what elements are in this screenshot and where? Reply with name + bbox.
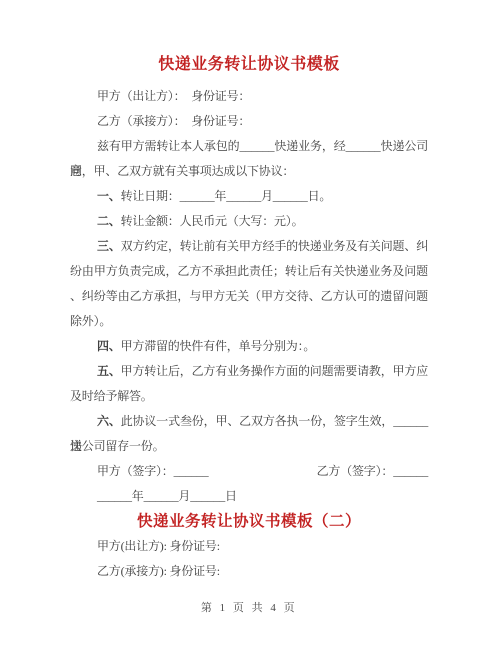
signature-date-line: ______年______月______日 [70,484,428,509]
signature-row: 甲方（签字）：______ 乙方（签字）：______ [70,459,428,484]
doc-line-text: 除外）。 [70,314,111,328]
page-number: 第 1 页 共 4 页 [70,600,428,616]
doc-line: 除外）。 [70,309,428,334]
clause-number: 三、 [97,239,121,253]
doc-line: 乙方（承接方）： 身份证号： [70,109,428,134]
doc-line: 二、转让金额：人民币元（大写：元）。 [70,209,428,234]
doc-line: 一、转让日期：______年______月______日。 [70,184,428,209]
doc-line: 乙方(承接方): 身份证号: [70,559,428,584]
doc-line-text: ______年______月______日 [97,489,237,503]
doc-line: 六、此协议一式叁份，甲、乙双方各执一份，签字生效，______快 [70,409,428,434]
doc-line: 递公司留存一份。 [70,434,428,459]
doc-line-text: 意，甲、乙双方就有关事项达成以下协议： [70,164,294,178]
doc-line-text: 递公司留存一份。 [70,439,164,453]
doc-line-text: 甲方转让后，乙方有业务操作方面的问题需要请教，甲方应 [121,364,428,378]
doc-title-1: 快递业务转让协议书模板 [70,52,428,78]
document-page: 快递业务转让协议书模板 甲方（出让方）： 身份证号： 乙方（承接方）： 身份证号… [0,0,500,647]
doc-line-text: 转让日期：______年______月______日。 [121,189,332,203]
doc-line: 甲方（出让方）： 身份证号： [70,84,428,109]
doc-line-text: 甲方（出让方）： 身份证号： [97,89,250,103]
doc-line: 五、甲方转让后，乙方有业务操作方面的问题需要请教，甲方应 [70,359,428,384]
doc-title-2: 快递业务转让协议书模板（二） [70,509,428,534]
doc-line: 及时给予解答。 [70,384,428,409]
doc-line-text: 甲方滞留的快件有件，单号分别为：。 [121,339,316,353]
clause-number: 四、 [97,339,121,353]
clause-number: 六、 [97,414,121,428]
party-a-signature-label: 甲方（签字）：______ [97,459,208,484]
doc-line-text: 及时给予解答。 [70,389,153,403]
doc-line-text: 转让金额：人民币元（大写：元）。 [121,214,304,228]
clause-number: 二、 [97,214,121,228]
clause-number: 一、 [97,189,121,203]
doc-line-text: 、纠纷等由乙方承担，与甲方无关（甲方交待、乙方认可的遗留问题 [70,289,428,303]
doc-line: 四、甲方滞留的快件有件，单号分别为：。 [70,334,428,359]
doc-line: 、纠纷等由乙方承担，与甲方无关（甲方交待、乙方认可的遗留问题 [70,284,428,309]
doc-line-text: 双方约定，转让前有关甲方经手的快递业务及有关问题、纠 [121,239,428,253]
doc-line-text: 乙方(承接方): 身份证号: [97,564,220,578]
doc-line: 三、双方约定，转让前有关甲方经手的快递业务及有关问题、纠 [70,234,428,259]
clause-number: 五、 [97,364,121,378]
doc-line: 甲方(出让方): 身份证号: [70,534,428,559]
doc-line-text: 乙方（承接方）： 身份证号： [97,114,250,128]
doc-line: 意，甲、乙双方就有关事项达成以下协议： [70,159,428,184]
doc-line-text: 纷由甲方负责完成，乙方不承担此责任；转让后有关快递业务及问题 [70,264,428,278]
party-b-signature-label: 乙方（签字）：______ [317,459,428,484]
doc-line: 兹有甲方需转让本人承包的______快递业务，经______快递公司同 [70,134,428,159]
doc-line: 纷由甲方负责完成，乙方不承担此责任；转让后有关快递业务及问题 [70,259,428,284]
doc-line-text: 甲方(出让方): 身份证号: [97,539,220,553]
